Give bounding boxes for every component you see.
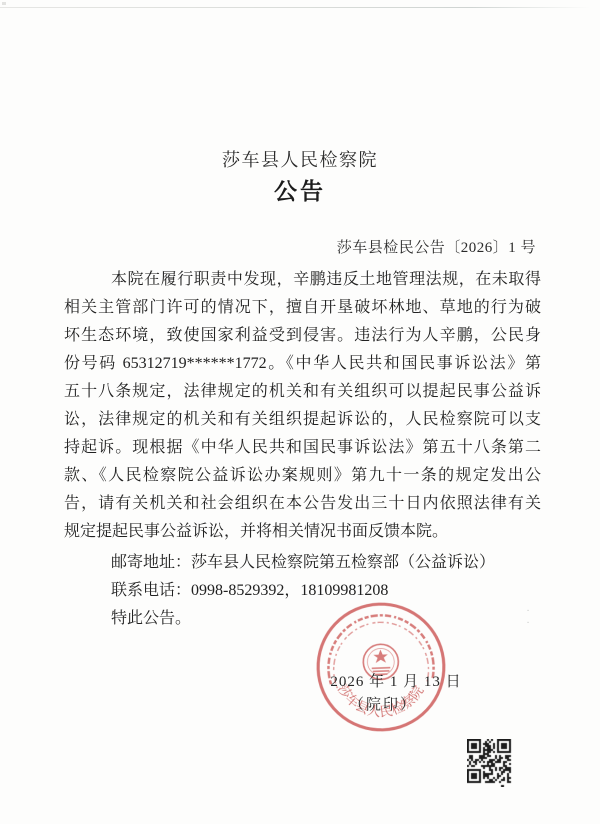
body-line: 讼，法律规定的机关和有关组织提起诉讼的，人民检察院可以支 (64, 406, 541, 434)
body-line: 五十八条规定，法律规定的机关和有关组织可以提起民事公益诉 (64, 378, 541, 406)
seal-date: 2026 年 1 月 13 日 (328, 670, 464, 691)
body-line: 份号码 65312719******1772。《中华人民共和国民事诉讼法》第 (64, 350, 541, 378)
body-line: 相关主管部门许可的情况下，擅自开垦破坏林地、草地的行为破 (64, 294, 541, 322)
scan-edge-line (0, 7, 590, 8)
seal-caption: （院印） (323, 693, 443, 714)
body-line: 持起诉。现根据《中华人民共和国民事诉讼法》第五十八条第二 (64, 434, 541, 462)
closing-line: 特此公告。 (64, 605, 541, 633)
closing-line: 邮寄地址：莎车县人民检察院第五检察部（公益诉讼） (64, 549, 541, 577)
announcement-body: 本院在履行职责中发现，辛鹏违反土地管理法规，在未取得相关主管部门许可的情况下，擅… (64, 266, 541, 546)
body-line: 本院在履行职责中发现，辛鹏违反土地管理法规，在未取得 (64, 266, 541, 294)
doc-type-title: 公告 (0, 173, 600, 206)
doc-number: 莎车县检民公告〔2026〕1 号 (337, 236, 536, 257)
official-seal: 莎车县人民检察院 (312, 598, 451, 737)
scan-margin-speck: ·· (521, 606, 535, 640)
closing-block: 邮寄地址：莎车县人民检察院第五检察部（公益诉讼）联系电话：0998-852939… (64, 549, 541, 633)
scanned-announcement-page: 莎车县人民检察院 公告 莎车县检民公告〔2026〕1 号 本院在履行职责中发现，… (0, 0, 600, 824)
body-line: 坏生态环境，致使国家利益受到侵害。违法行为人辛鹏，公民身 (64, 322, 541, 350)
org-title: 莎车县人民检察院 (0, 146, 600, 172)
body-line: 款、《人民检察院公益诉讼办案规则》第九十一条的规定发出公 (64, 462, 541, 490)
body-line: 告，请有关机关和社会组织在本公告发出三十日内依照法律有关 (64, 490, 541, 518)
body-line: 规定提起民事公益诉讼，并将相关情况书面反馈本院。 (64, 518, 541, 546)
scan-corner-speck (2, 2, 6, 5)
closing-line: 联系电话：0998-8529392，18109981208 (64, 577, 541, 605)
qr-code (467, 739, 513, 787)
